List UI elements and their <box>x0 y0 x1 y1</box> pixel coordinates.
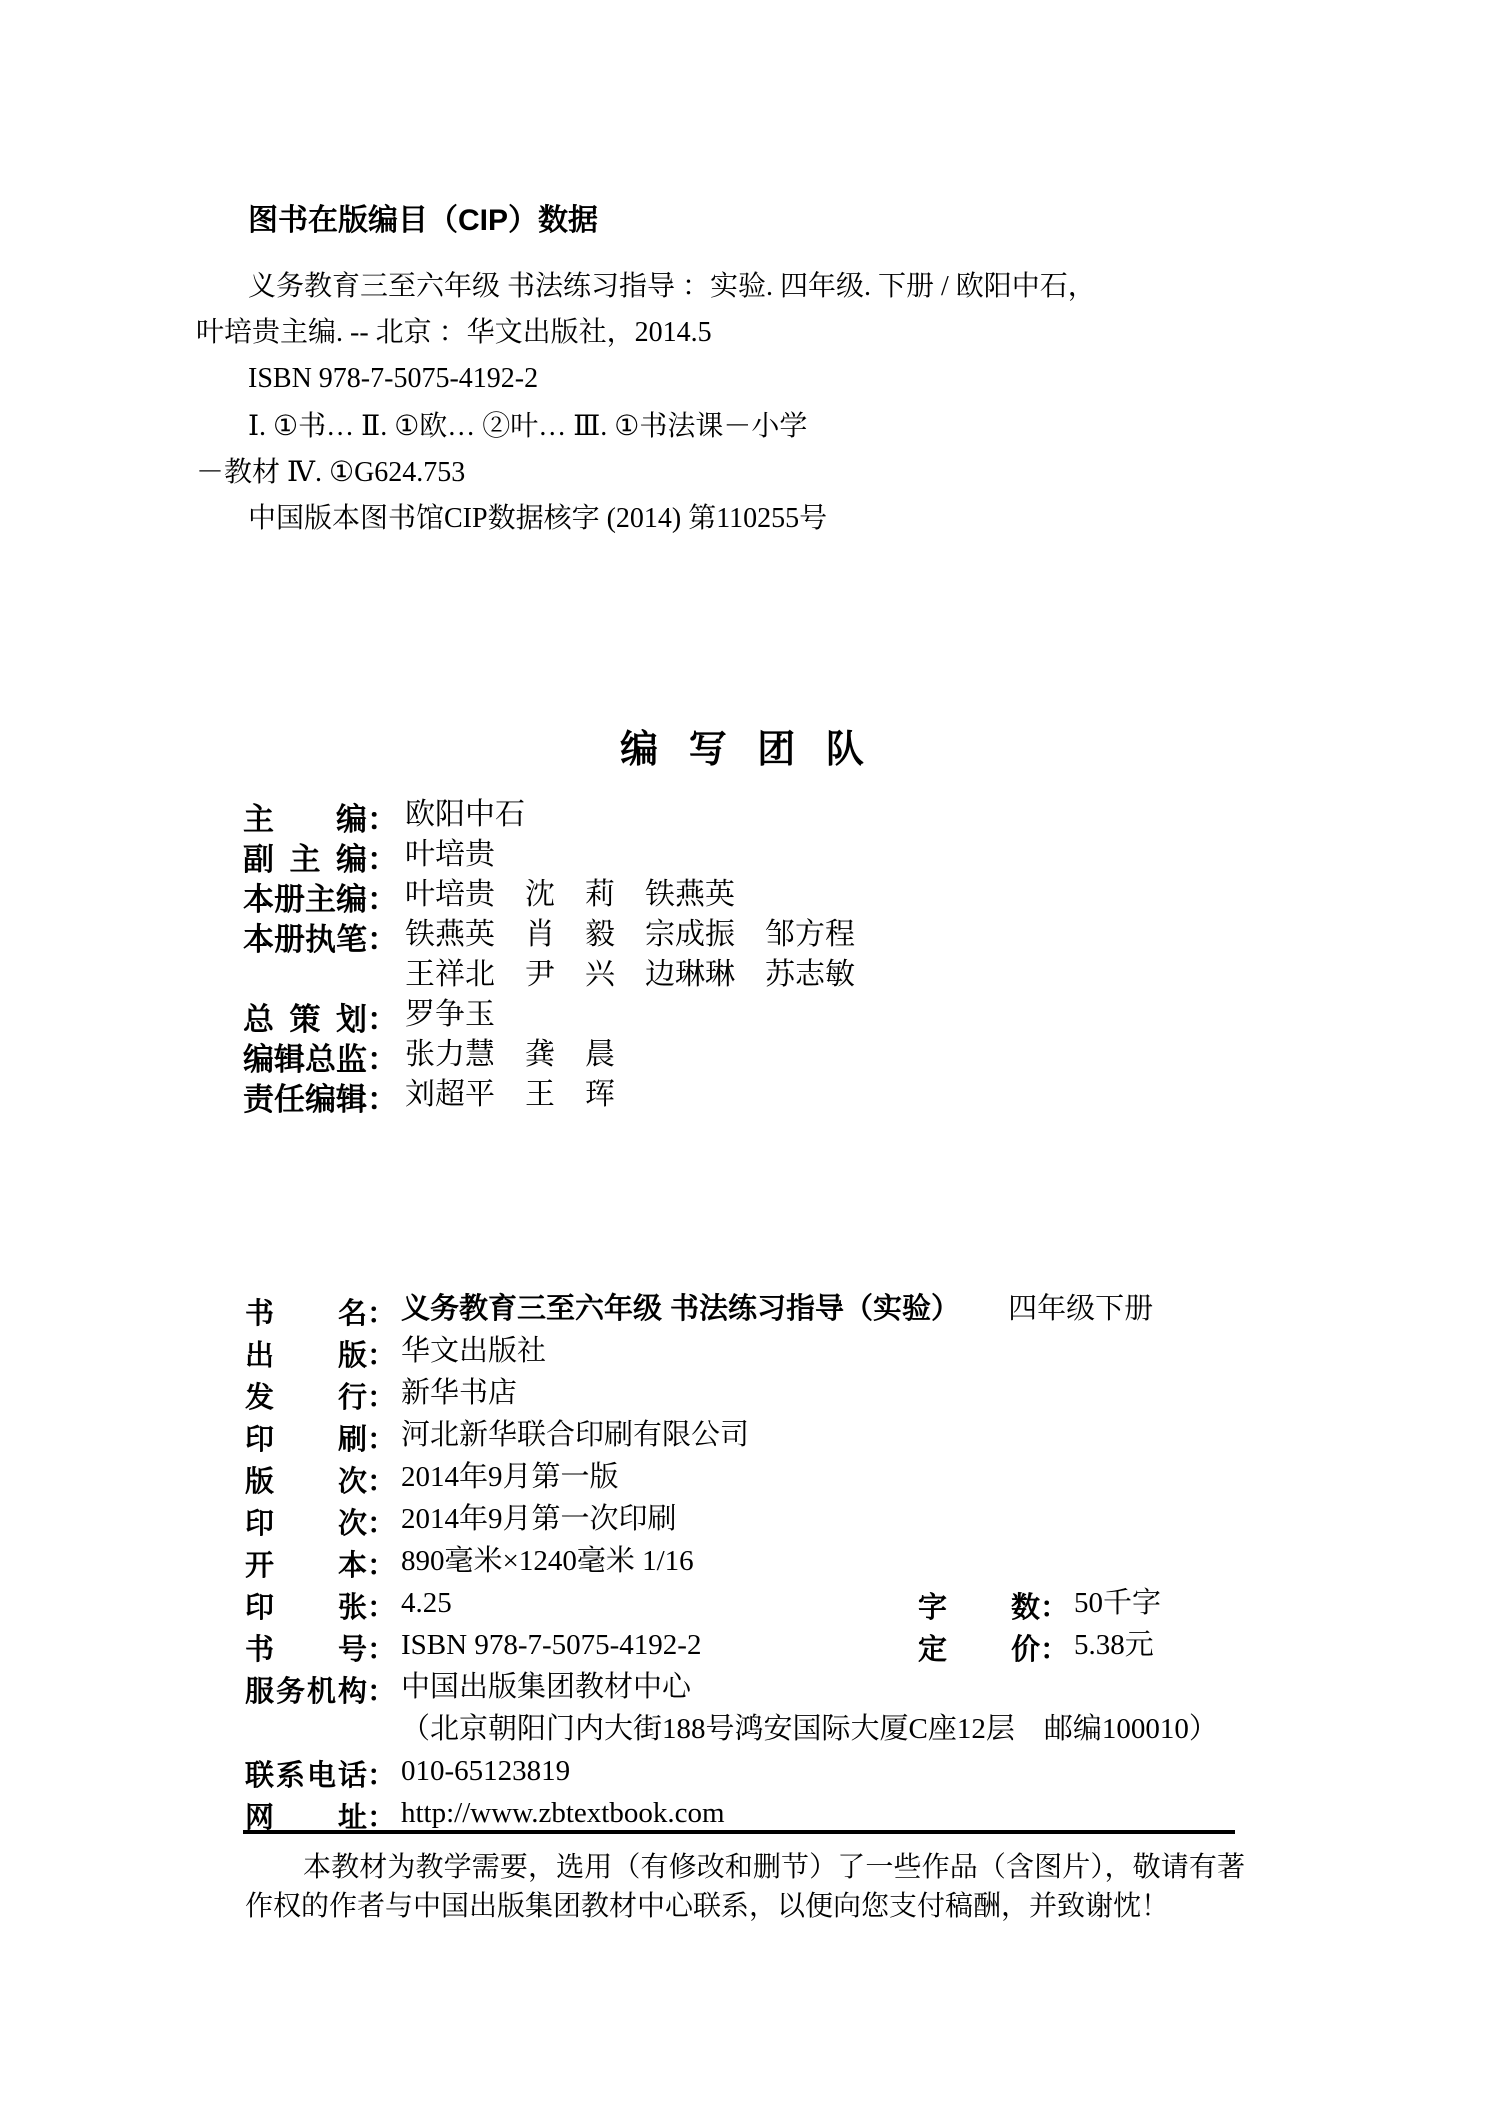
team-row: 主编：欧阳中石 <box>243 795 855 835</box>
pub-row-isbn: 书号：ISBN 978-7-5075-4192-2 定价：5.38元 <box>245 1624 1345 1666</box>
colon: ： <box>367 1419 397 1461</box>
colon: ： <box>1040 1587 1070 1629</box>
pub-label: 印刷 <box>245 1419 367 1461</box>
team-role-label: 本册执笔 <box>243 920 367 960</box>
team-role-label: 本册主编 <box>243 880 367 920</box>
colon: ： <box>367 1629 397 1671</box>
pub-label: 服务机构 <box>245 1671 367 1713</box>
cip-class-line: －教材 Ⅳ. ①G624.753 <box>196 450 1266 496</box>
team-role-names: 刘超平 王 珲 <box>405 1078 615 1111</box>
pub-row-distributor: 发行：新华书店 <box>245 1372 1345 1414</box>
cip-isbn-line: ISBN 978-7-5075-4192-2 <box>196 356 1266 402</box>
team-role-label: 主编 <box>243 800 367 840</box>
colon: ： <box>367 1755 397 1797</box>
team-role-names: 张力慧 龚 晨 <box>405 1038 615 1071</box>
pub-row-service-agency: 服务机构：中国出版集团教材中心 <box>245 1666 1345 1708</box>
pub-label: 版次 <box>245 1461 367 1503</box>
team-row: 责任编辑：刘超平 王 珲 <box>243 1075 855 1115</box>
pub-row-publisher: 出版：华文出版社 <box>245 1330 1345 1372</box>
pub-row-impression: 印次：2014年9月第一次印刷 <box>245 1498 1345 1540</box>
team-role-names: 罗争玉 <box>405 998 495 1031</box>
team-role-names: 叶培贵 沈 莉 铁燕英 <box>405 878 735 911</box>
team-row: 总策划：罗争玉 <box>243 995 855 1035</box>
pub-value: ISBN 978-7-5075-4192-2 <box>401 1629 701 1661</box>
pub-value: 2014年9月第一次印刷 <box>401 1503 677 1535</box>
service-agency-address: （北京朝阳门内大街188号鸿安国际大厦C座12层 邮编100010） <box>401 1713 1218 1745</box>
team-role-names: 欧阳中石 <box>405 798 525 831</box>
contact-phone: 010-65123819 <box>401 1755 570 1787</box>
pub-label: 字数 <box>918 1587 1040 1629</box>
pub-row-word-count: 字数：50千字 <box>918 1582 1161 1629</box>
colon: ： <box>367 920 399 960</box>
pub-value: 890毫米×1240毫米 1/16 <box>401 1545 694 1577</box>
pub-value: 5.38元 <box>1074 1629 1154 1661</box>
pub-label: 印次 <box>245 1503 367 1545</box>
website-url: http://www.zbtextbook.com <box>401 1797 725 1829</box>
colon: ： <box>367 1335 397 1377</box>
colon: ： <box>367 1000 399 1040</box>
pub-value: 新华书店 <box>401 1377 517 1409</box>
colon: ： <box>367 880 399 920</box>
team-role-label: 总策划 <box>243 1000 367 1040</box>
team-row: 编辑总监：张力慧 龚 晨 <box>243 1035 855 1075</box>
pub-label: 开本 <box>245 1545 367 1587</box>
pub-row-book-title: 书名：义务教育三至六年级 书法练习指导（实验）四年级下册 <box>245 1288 1345 1330</box>
cip-header: 图书在版编目（CIP）数据 <box>196 204 1266 238</box>
team-role-label: 编辑总监 <box>243 1040 367 1080</box>
team-role-label: 责任编辑 <box>243 1080 367 1120</box>
pub-label: 书名 <box>245 1293 367 1335</box>
colon: ： <box>367 800 399 840</box>
cip-block: 图书在版编目（CIP）数据 义务教育三至六年级 书法练习指导 ：实验. 四年级.… <box>196 204 1266 542</box>
team-row: 本册主编：叶培贵 沈 莉 铁燕英 <box>243 875 855 915</box>
pub-label: 联系电话 <box>245 1755 367 1797</box>
colon: ： <box>367 1377 397 1419</box>
colon: ： <box>367 1293 397 1335</box>
pub-value: 华文出版社 <box>401 1335 546 1367</box>
divider-line <box>243 1830 1235 1834</box>
pub-label: 发行 <box>245 1377 367 1419</box>
colon: ： <box>367 1080 399 1120</box>
book-volume: 四年级下册 <box>1008 1293 1153 1325</box>
publication-block: 书名：义务教育三至六年级 书法练习指导（实验）四年级下册 出版：华文出版社 发行… <box>245 1288 1345 1834</box>
team-role-label: 副主编 <box>243 840 367 880</box>
pub-value: 50千字 <box>1074 1587 1161 1619</box>
pub-value: 4.25 <box>401 1587 452 1619</box>
colon: ： <box>367 1545 397 1587</box>
cip-publisher-line: 叶培贵主编. -- 北京 ：华文出版社，2014.5 <box>196 310 1266 356</box>
colon: ： <box>367 1040 399 1080</box>
pub-row-format: 开本：890毫米×1240毫米 1/16 <box>245 1540 1345 1582</box>
pub-row-phone: 联系电话：010-65123819 <box>245 1750 1345 1792</box>
pub-label: 出版 <box>245 1335 367 1377</box>
pub-label: 书号 <box>245 1629 367 1671</box>
team-row: 本册执笔：铁燕英 肖 毅 宗成振 邹方程 <box>243 915 855 955</box>
team-block: 主编：欧阳中石 副主编：叶培贵 本册主编：叶培贵 沈 莉 铁燕英 本册执笔：铁燕… <box>243 795 855 1115</box>
pub-row-price: 定价：5.38元 <box>918 1624 1154 1671</box>
pub-label: 印张 <box>245 1587 367 1629</box>
colon: ： <box>367 1587 397 1629</box>
colon: ： <box>367 1461 397 1503</box>
pub-value: 河北新华联合印刷有限公司 <box>401 1419 749 1451</box>
team-row-continuation: 王祥北 尹 兴 边琳琳 苏志敏 <box>243 955 855 995</box>
pub-label: 定价 <box>918 1629 1040 1671</box>
team-row: 副主编：叶培贵 <box>243 835 855 875</box>
team-role-names: 王祥北 尹 兴 边琳琳 苏志敏 <box>405 958 855 991</box>
cip-classification: Ⅰ. ①书… Ⅱ. ①欧… ②叶… Ⅲ. ①书法课－小学 －教材 Ⅳ. ①G62… <box>196 404 1266 542</box>
team-title: 编 写 团 队 <box>0 718 1488 773</box>
copyright-notice: 本教材为教学需要，选用（有修改和删节）了一些作品（含图片），敬请有著作权的作者与… <box>245 1848 1245 1926</box>
pub-value: 2014年9月第一版 <box>401 1461 619 1493</box>
cip-class-line: Ⅰ. ①书… Ⅱ. ①欧… ②叶… Ⅲ. ①书法课－小学 <box>196 404 1266 450</box>
pub-row-address: （北京朝阳门内大街188号鸿安国际大厦C座12层 邮编100010） <box>245 1708 1345 1750</box>
colon: ： <box>1040 1629 1070 1671</box>
book-title: 义务教育三至六年级 书法练习指导（实验） <box>401 1293 960 1325</box>
colon: ： <box>367 1503 397 1545</box>
cip-record-number-line: 中国版本图书馆CIP数据核字 (2014) 第110255号 <box>196 496 1266 542</box>
colon: ： <box>367 840 399 880</box>
cip-title-line: 义务教育三至六年级 书法练习指导 ：实验. 四年级. 下册 / 欧阳中石， <box>196 264 1266 310</box>
pub-value: 中国出版集团教材中心 <box>401 1671 691 1703</box>
copyright-page: 图书在版编目（CIP）数据 义务教育三至六年级 书法练习指导 ：实验. 四年级.… <box>0 0 1488 2104</box>
pub-row-website: 网址：http://www.zbtextbook.com <box>245 1792 1345 1834</box>
pub-row-printer: 印刷：河北新华联合印刷有限公司 <box>245 1414 1345 1456</box>
pub-row-sheets: 印张：4.25 字数：50千字 <box>245 1582 1345 1624</box>
pub-row-edition: 版次：2014年9月第一版 <box>245 1456 1345 1498</box>
colon: ： <box>367 1671 397 1713</box>
team-role-names: 叶培贵 <box>405 838 495 871</box>
team-role-names: 铁燕英 肖 毅 宗成振 邹方程 <box>405 918 855 951</box>
